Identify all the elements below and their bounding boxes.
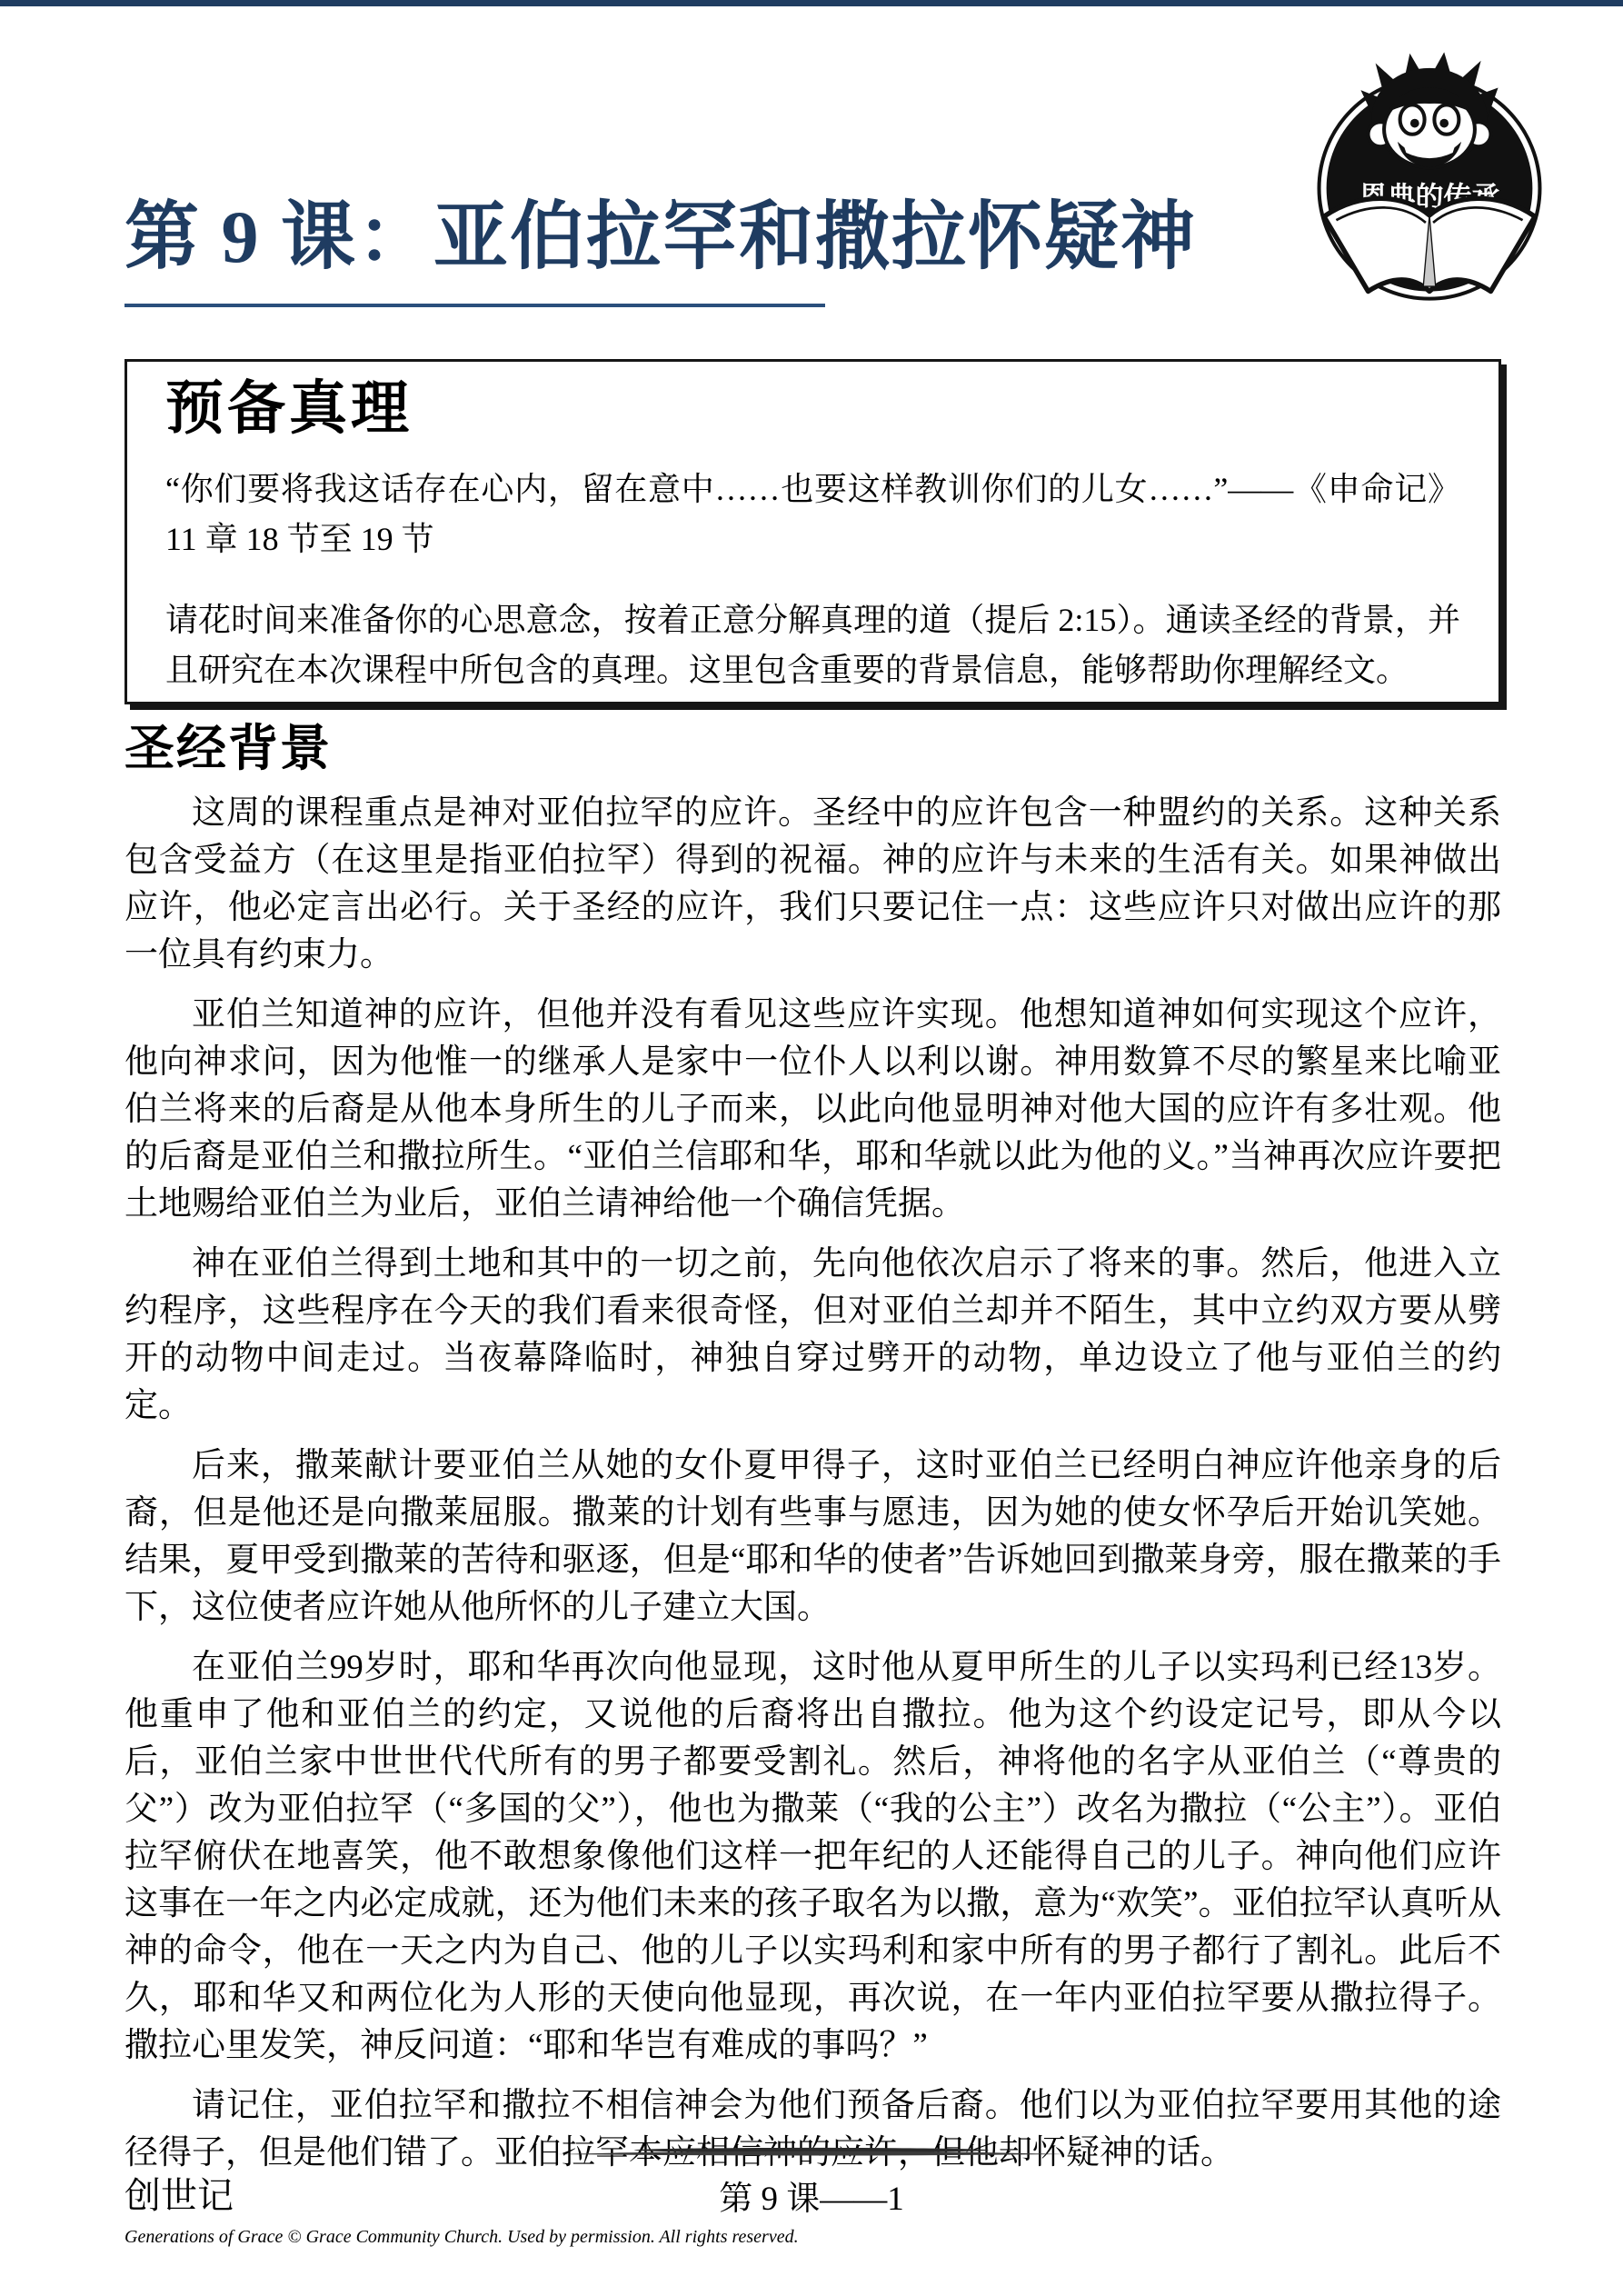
prepare-truth-heading: 预备真理 xyxy=(165,374,1460,444)
document-page: 第 9 课：亚伯拉罕和撒拉怀疑神 恩典的传承 xyxy=(0,0,1623,2296)
bible-background-section: 圣经背景 这周的课程重点是神对亚伯拉罕的应许。圣经中的应许包含一种盟约的关系。这… xyxy=(124,720,1501,2190)
title-underline xyxy=(124,304,825,307)
top-accent-bar xyxy=(0,0,1623,6)
bible-background-heading: 圣经背景 xyxy=(124,720,1501,777)
page-title: 第 9 课：亚伯拉罕和撒拉怀疑神 xyxy=(124,198,1288,276)
background-paragraph: 请记住，亚伯拉罕和撒拉不相信神会为他们预备后裔。他们以为亚伯拉罕要用其他的途径得… xyxy=(124,2082,1501,2177)
prepare-truth-box: 预备真理 “你们要将我这话存在心内，留在意中……也要这样教训你们的儿女……”——… xyxy=(124,359,1501,704)
logo-boy-book-icon: 恩典的传承 xyxy=(1307,51,1552,304)
background-paragraph: 在亚伯兰99岁时，耶和华再次向他显现，这时他从夏甲所生的儿子以实玛利已经13岁。… xyxy=(124,1644,1501,2070)
generations-of-grace-logo: 恩典的传承 xyxy=(1307,51,1552,304)
background-paragraph: 后来，撒莱献计要亚伯兰从她的女仆夏甲得子，这时亚伯兰已经明白神应许他亲身的后裔，… xyxy=(124,1442,1501,1632)
footer-divider xyxy=(557,2145,1066,2160)
scripture-quote: “你们要将我这话存在心内，留在意中……也要这样教训你们的儿女……”——《申命记》… xyxy=(165,464,1460,564)
prepare-truth-instruction: 请花时间来准备你的心思意念，按着正意分解真理的道（提后 2:15）。通读圣经的背… xyxy=(165,595,1460,695)
background-paragraph: 神在亚伯兰得到土地和其中的一切之前，先向他依次启示了将来的事。然后，他进入立约程… xyxy=(124,1241,1501,1430)
footer-page-number: 第 9 课——1 xyxy=(0,2171,1623,2220)
background-paragraph: 这周的课程重点是神对亚伯拉罕的应许。圣经中的应许包含一种盟约的关系。这种关系包含… xyxy=(124,790,1501,979)
footer-copyright: Generations of Grace © Grace Community C… xyxy=(124,2227,799,2248)
divider-flourish-icon xyxy=(557,2145,1066,2160)
background-paragraph: 亚伯兰知道神的应许，但他并没有看见这些应许实现。他想知道神如何实现这个应许，他向… xyxy=(124,992,1501,1228)
